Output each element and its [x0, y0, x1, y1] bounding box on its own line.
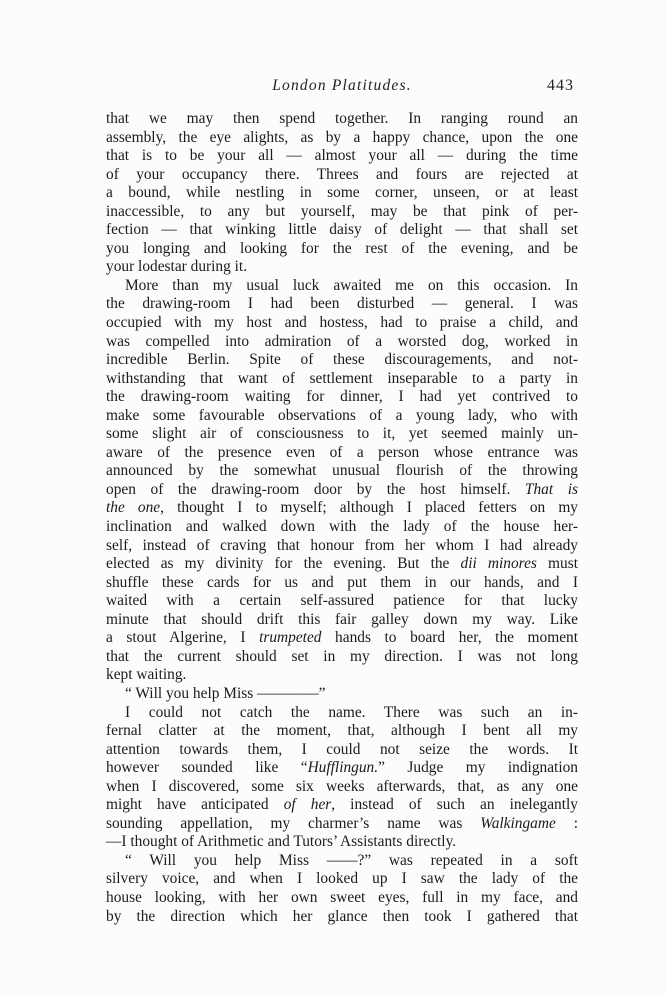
- italic-text: of her: [284, 796, 332, 813]
- text-line: a bound, while nestling in some corner, …: [106, 184, 578, 203]
- text-line: some slight air of consciousness to it, …: [106, 425, 578, 444]
- text-line: however sounded like “Hufflingun.” Judge…: [106, 759, 578, 778]
- text-segment: might have anticipated: [106, 796, 284, 813]
- text-segment: “ Will you help Miss ——?” was repeated i…: [125, 852, 578, 869]
- text-segment: you longing and looking for the rest of …: [106, 240, 578, 257]
- text-segment: occupied with my host and hostess, had t…: [106, 314, 578, 331]
- text-line: “ Will you help Miss ————”: [106, 685, 578, 704]
- text-line: the one, thought I to myself; although I…: [106, 499, 578, 518]
- text-line: waited with a certain self-assured patie…: [106, 592, 578, 611]
- text-segment: incredible Berlin. Spite of these discou…: [106, 351, 578, 368]
- text-line: assembly, the eye alights, as by a happy…: [106, 129, 578, 148]
- text-line: self, instead of craving that honour fro…: [106, 537, 578, 556]
- text-segment: the drawing-room I had been disturbed — …: [106, 295, 578, 312]
- text-segment: that is to be your all — almost your all…: [106, 147, 578, 164]
- text-line: that we may then spend together. In rang…: [106, 110, 578, 129]
- text-line: of your occupancy there. Threes and four…: [106, 166, 578, 185]
- text-segment: “ Will you help Miss ————”: [125, 685, 325, 702]
- text-segment: by the direction which her glance then t…: [106, 908, 578, 925]
- text-line: your lodestar during it.: [106, 258, 578, 277]
- text-segment: that the current should set in my direct…: [106, 648, 578, 665]
- text-segment: kept waiting.: [106, 666, 186, 683]
- text-line: inclination and walked down with the lad…: [106, 518, 578, 537]
- text-segment: attention towards them, I could not seiz…: [106, 741, 578, 758]
- paragraph: that we may then spend together. In rang…: [106, 110, 578, 277]
- text-line: you longing and looking for the rest of …: [106, 240, 578, 259]
- italic-text: trumpeted: [259, 629, 321, 646]
- text-segment: some slight air of consciousness to it, …: [106, 425, 578, 442]
- text-segment: —I thought of Arithmetic and Tutors’ Ass…: [106, 833, 456, 850]
- paragraph: More than my usual luck awaited me on th…: [106, 277, 578, 685]
- text-segment: shuffle these cards for us and put them …: [106, 574, 578, 591]
- text-line: minute that should drift this fair galle…: [106, 611, 578, 630]
- text-segment: minute that should drift this fair galle…: [106, 611, 578, 628]
- text-line: aware of the presence even of a person w…: [106, 444, 578, 463]
- text-segment: :: [556, 815, 578, 832]
- paragraph: “ Will you help Miss ————”: [106, 685, 578, 704]
- text-line: incredible Berlin. Spite of these discou…: [106, 351, 578, 370]
- text-segment: that we may then spend together. In rang…: [106, 110, 578, 127]
- italic-text: Hufflingun.: [308, 759, 379, 776]
- text-segment: fernal clatter at the moment, that, alth…: [106, 722, 578, 739]
- italic-text: Walkingame: [480, 815, 556, 832]
- text-segment: your lodestar during it.: [106, 258, 247, 275]
- text-line: when I discovered, some six weeks afterw…: [106, 778, 578, 797]
- text-segment: I could not catch the name. There was su…: [125, 704, 578, 721]
- text-segment: More than my usual luck awaited me on th…: [125, 277, 578, 294]
- text-line: announced by the somewhat unusual flouri…: [106, 462, 578, 481]
- text-line: I could not catch the name. There was su…: [106, 704, 578, 723]
- text-line: “ Will you help Miss ——?” was repeated i…: [106, 852, 578, 871]
- italic-text: dii minores: [461, 555, 537, 572]
- text-segment: ” Judge my indignation: [378, 759, 578, 776]
- text-line: fernal clatter at the moment, that, alth…: [106, 722, 578, 741]
- text-block: that we may then spend together. In rang…: [106, 110, 578, 926]
- text-segment: of your occupancy there. Threes and four…: [106, 166, 578, 183]
- paragraph: “ Will you help Miss ——?” was repeated i…: [106, 852, 578, 926]
- text-segment: hands to board her, the moment: [321, 629, 578, 646]
- text-line: kept waiting.: [106, 666, 578, 685]
- text-line: occupied with my host and hostess, had t…: [106, 314, 578, 333]
- text-line: house looking, with her own sweet eyes, …: [106, 889, 578, 908]
- text-segment: , instead of such an inelegantly: [331, 796, 578, 813]
- page-header: London Platitudes. 443: [106, 77, 578, 97]
- text-segment: make some favourable observations of a y…: [106, 407, 578, 424]
- text-segment: aware of the presence even of a person w…: [106, 444, 578, 461]
- text-segment: the drawing-room waiting for dinner, I h…: [106, 388, 578, 405]
- paragraph: I could not catch the name. There was su…: [106, 704, 578, 852]
- text-segment: silvery voice, and when I looked up I sa…: [106, 870, 578, 887]
- text-line: the drawing-room waiting for dinner, I h…: [106, 388, 578, 407]
- text-line: a stout Algerine, I trumpeted hands to b…: [106, 629, 578, 648]
- text-line: might have anticipated of her, instead o…: [106, 796, 578, 815]
- text-segment: a bound, while nestling in some corner, …: [106, 184, 578, 201]
- text-line: the drawing-room I had been disturbed — …: [106, 295, 578, 314]
- text-line: make some favourable observations of a y…: [106, 407, 578, 426]
- text-line: fection — that winking little daisy of d…: [106, 221, 578, 240]
- running-title: London Platitudes.: [106, 77, 578, 95]
- text-line: inaccessible, to any but yourself, may b…: [106, 203, 578, 222]
- text-line: that is to be your all — almost your all…: [106, 147, 578, 166]
- text-segment: , thought I to myself; although I placed…: [160, 499, 578, 516]
- text-segment: inclination and walked down with the lad…: [106, 518, 578, 535]
- text-segment: a stout Algerine, I: [106, 629, 259, 646]
- text-segment: house looking, with her own sweet eyes, …: [106, 889, 578, 906]
- text-segment: however sounded like “: [106, 759, 308, 776]
- text-segment: withstanding that want of settlement ins…: [106, 370, 578, 387]
- text-segment: was compelled into admiration of a worst…: [106, 333, 578, 350]
- text-segment: open of the drawing-room door by the hos…: [106, 481, 525, 498]
- text-segment: fection — that winking little daisy of d…: [106, 221, 578, 238]
- text-line: shuffle these cards for us and put them …: [106, 574, 578, 593]
- text-segment: waited with a certain self-assured patie…: [106, 592, 578, 609]
- text-line: that the current should set in my direct…: [106, 648, 578, 667]
- text-line: sounding appellation, my charmer’s name …: [106, 815, 578, 834]
- text-line: open of the drawing-room door by the hos…: [106, 481, 578, 500]
- text-line: by the direction which her glance then t…: [106, 908, 578, 927]
- text-line: —I thought of Arithmetic and Tutors’ Ass…: [106, 833, 578, 852]
- text-line: withstanding that want of settlement ins…: [106, 370, 578, 389]
- text-segment: must: [537, 555, 578, 572]
- text-segment: assembly, the eye alights, as by a happy…: [106, 129, 578, 146]
- italic-text: the one: [106, 499, 160, 516]
- text-segment: when I discovered, some six weeks afterw…: [106, 778, 578, 795]
- text-line: silvery voice, and when I looked up I sa…: [106, 870, 578, 889]
- text-line: More than my usual luck awaited me on th…: [106, 277, 578, 296]
- text-line: attention towards them, I could not seiz…: [106, 741, 578, 760]
- text-segment: inaccessible, to any but yourself, may b…: [106, 203, 578, 220]
- text-segment: sounding appellation, my charmer’s name …: [106, 815, 480, 832]
- text-segment: elected as my divinity for the evening. …: [106, 555, 461, 572]
- text-line: elected as my divinity for the evening. …: [106, 555, 578, 574]
- text-line: was compelled into admiration of a worst…: [106, 333, 578, 352]
- text-segment: self, instead of craving that honour fro…: [106, 537, 578, 554]
- book-page: London Platitudes. 443 that we may then …: [0, 0, 666, 997]
- text-segment: announced by the somewhat unusual flouri…: [106, 462, 578, 479]
- page-number: 443: [547, 77, 574, 95]
- italic-text: That is: [525, 481, 578, 498]
